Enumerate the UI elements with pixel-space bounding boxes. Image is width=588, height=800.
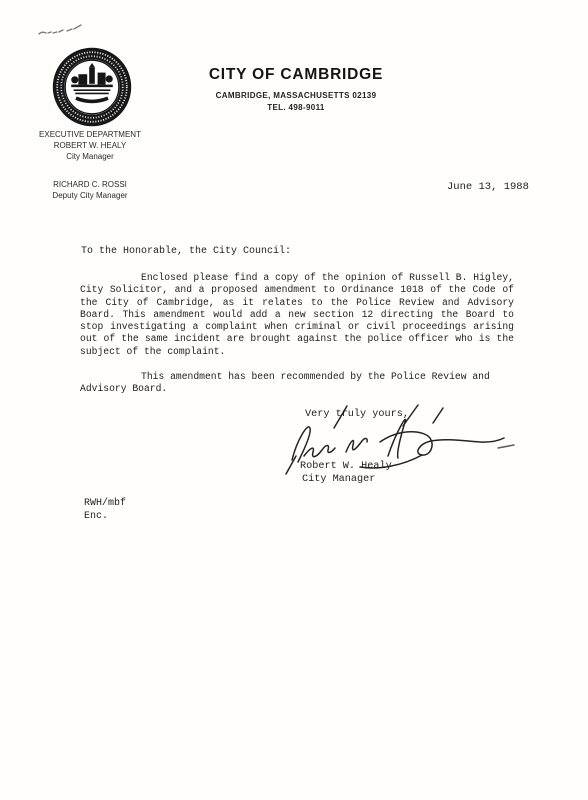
enclosure-notation: Enc. — [84, 511, 108, 522]
body-paragraph-1: Enclosed please find a copy of the opini… — [80, 272, 514, 358]
city-of-cambridge-seal-icon — [52, 47, 132, 127]
signer-name: Robert W. Healy — [300, 461, 392, 472]
body-line: Advisory Board. — [80, 383, 514, 395]
deputy-manager-name: RICHARD C. ROSSI — [20, 179, 160, 190]
date-line: June 13, 1988 — [447, 181, 529, 193]
body-paragraph-2: This amendment has been recommended by t… — [80, 371, 514, 396]
deputy-manager-block: RICHARD C. ROSSI Deputy City Manager — [20, 179, 160, 201]
reference-initials: RWH/mbf — [84, 498, 126, 509]
signer-title: City Manager — [302, 474, 375, 485]
body-line: City Solicitor, and a proposed amendment… — [80, 284, 514, 296]
pencil-scribble-icon — [37, 24, 83, 38]
body-line: Board. This amendment would add a new se… — [80, 309, 514, 321]
body-line: Enclosed please find a copy of the opini… — [80, 272, 514, 284]
salutation: To the Honorable, the City Council: — [81, 246, 291, 257]
valediction: Very truly yours, — [305, 409, 409, 420]
body-line: out of the same incident are brought aga… — [80, 333, 514, 345]
deputy-manager-title: Deputy City Manager — [20, 190, 160, 201]
executive-department-block: EXECUTIVE DEPARTMENT ROBERT W. HEALY Cit… — [20, 129, 160, 162]
body-line: the City of Cambridge, as it relates to … — [80, 297, 514, 309]
department-name: EXECUTIVE DEPARTMENT — [20, 129, 160, 140]
city-manager-name: ROBERT W. HEALY — [20, 140, 160, 151]
letterhead-telephone: TEL. 498-9011 — [176, 103, 416, 112]
city-manager-title: City Manager — [20, 151, 160, 162]
letterhead-address: CAMBRIDGE, MASSACHUSETTS 02139 — [176, 91, 416, 100]
body-line: This amendment has been recommended by t… — [80, 371, 514, 383]
body-line: stop investigating a complaint when crim… — [80, 321, 514, 333]
body-line: subject of the complaint. — [80, 346, 514, 358]
letterhead-title: CITY OF CAMBRIDGE — [176, 66, 416, 84]
scanned-letter-page: CITY OF CAMBRIDGE CAMBRIDGE, MASSACHUSET… — [0, 0, 588, 800]
